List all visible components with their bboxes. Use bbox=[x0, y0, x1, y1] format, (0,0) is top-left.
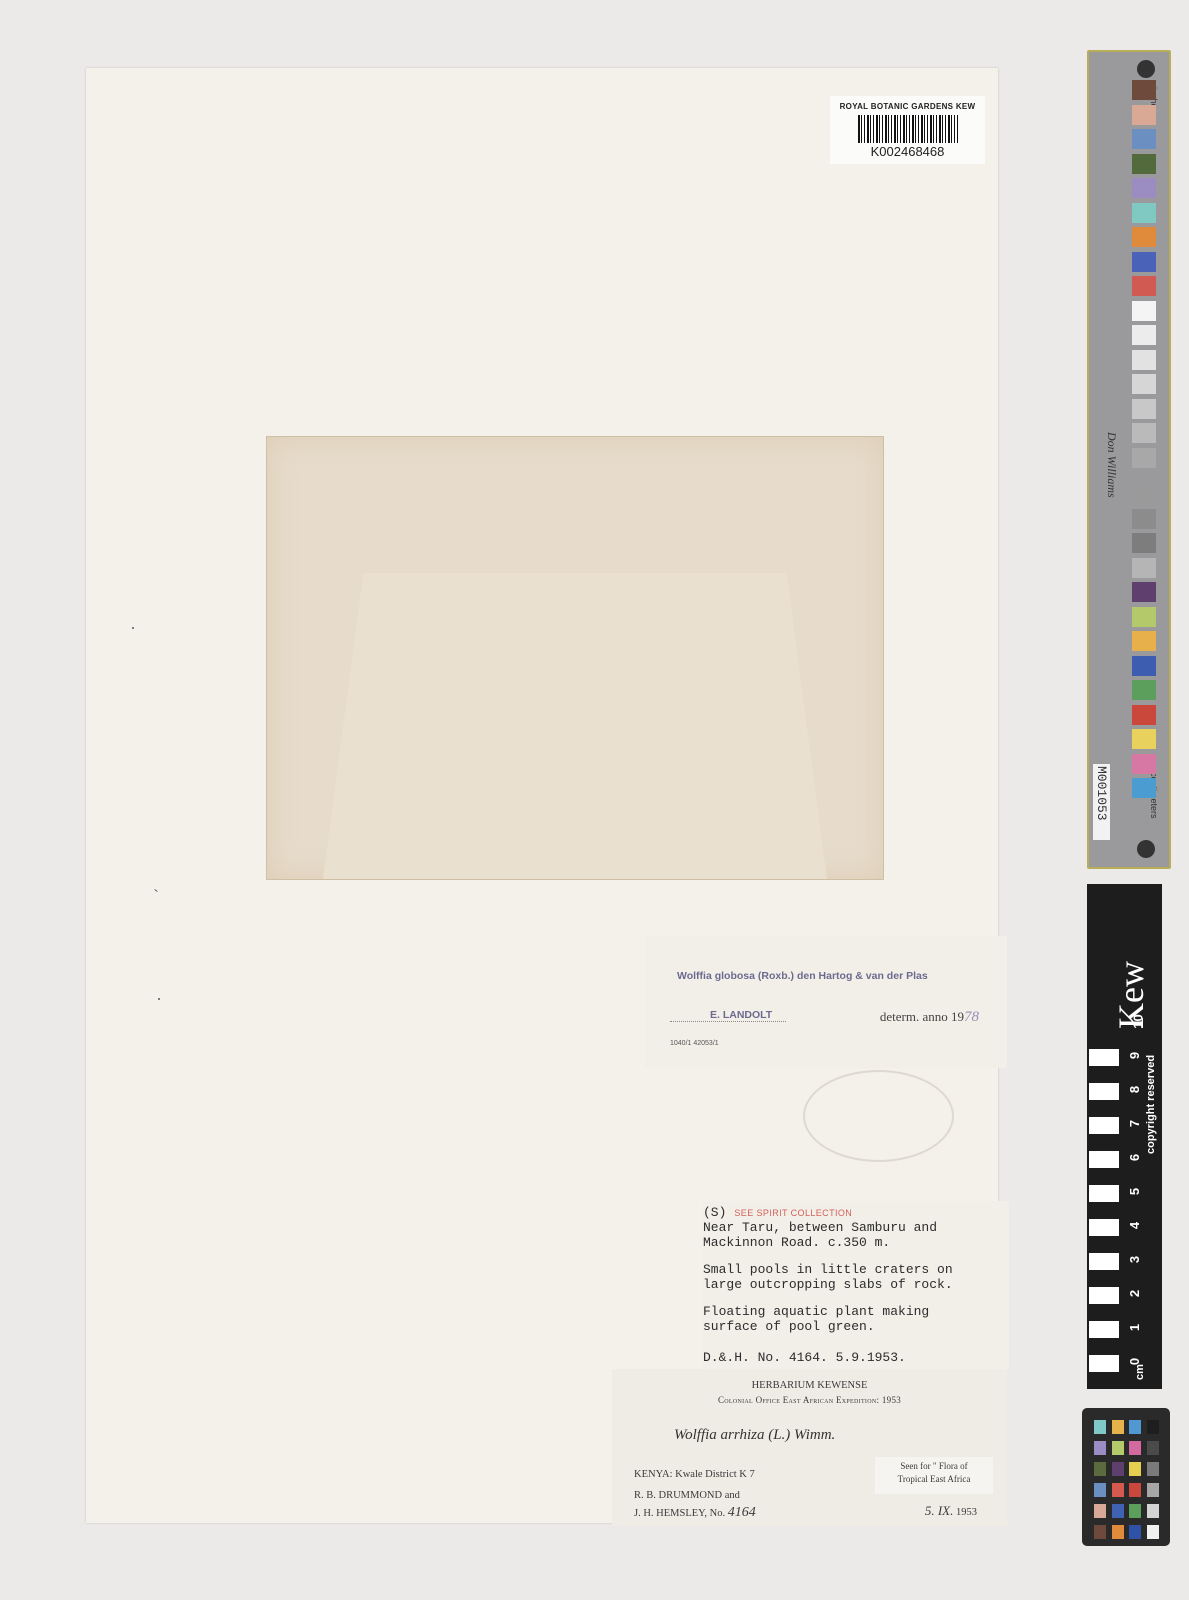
ruler-swatch bbox=[1132, 399, 1156, 419]
checker-cell bbox=[1147, 1420, 1159, 1434]
collection-number-line: D.&.H. No. 4164. 5.9.1953. bbox=[703, 1350, 906, 1365]
ruler-swatch bbox=[1132, 350, 1156, 370]
ruler-swatch bbox=[1132, 448, 1156, 468]
checker-cell bbox=[1112, 1525, 1124, 1539]
envelope-flap bbox=[323, 573, 827, 879]
collector-line-2: J. H. HEMSLEY, No. 4164 bbox=[634, 1505, 756, 1521]
date-year: 1953 bbox=[956, 1507, 977, 1518]
checker-cell bbox=[1147, 1504, 1159, 1518]
checker-cell bbox=[1094, 1504, 1106, 1518]
checker-cell bbox=[1094, 1483, 1106, 1497]
scale-tick: 3 bbox=[1127, 1256, 1142, 1263]
checker-cell bbox=[1094, 1525, 1106, 1539]
ruler-swatch bbox=[1132, 705, 1156, 725]
ruler-swatch bbox=[1132, 252, 1156, 272]
checker-cell bbox=[1112, 1441, 1124, 1455]
checker-cell bbox=[1129, 1504, 1141, 1518]
herbarium-kewense-label: HERBARIUM KEWENSE Colonial Office East A… bbox=[612, 1369, 1007, 1526]
checker-cell bbox=[1094, 1441, 1106, 1455]
checker-cell bbox=[1129, 1525, 1141, 1539]
mark bbox=[158, 998, 160, 1000]
description-line-1: Floating aquatic plant making bbox=[703, 1304, 929, 1319]
specimen-envelope bbox=[266, 436, 884, 880]
locality: KENYA: Kwale District K 7 bbox=[634, 1469, 755, 1480]
determ-year-handwritten: 78 bbox=[964, 1009, 979, 1025]
scale-tick: 2 bbox=[1127, 1290, 1142, 1297]
seen-line-1: Seen for " Flora of bbox=[875, 1460, 993, 1473]
field-label-header: (S)SEE SPIRIT COLLECTION bbox=[703, 1205, 852, 1221]
checker-cell bbox=[1129, 1420, 1141, 1434]
taxon-name: Wolffia globosa (Roxb.) den Hartog & van… bbox=[677, 970, 928, 982]
field-label: (S)SEE SPIRIT COLLECTION Near Taru, betw… bbox=[703, 1201, 1009, 1369]
ruler-swatch bbox=[1132, 105, 1156, 125]
determ-prefix: determ. anno 19 bbox=[880, 1009, 964, 1024]
ruler-swatch bbox=[1132, 607, 1156, 627]
checker-cell bbox=[1129, 1462, 1141, 1476]
copyright-text: copyright reserved bbox=[1145, 1055, 1157, 1154]
checker-cell bbox=[1094, 1462, 1106, 1476]
scale-tick: 6 bbox=[1127, 1154, 1142, 1161]
barcode-number: K002468468 bbox=[830, 144, 985, 159]
checker-cell bbox=[1147, 1462, 1159, 1476]
locality-line-2: Mackinnon Road. c.350 m. bbox=[703, 1235, 890, 1250]
collector-line-1: R. B. DRUMMOND and bbox=[634, 1490, 740, 1501]
checker-cell bbox=[1112, 1462, 1124, 1476]
ruler-swatch bbox=[1132, 203, 1156, 223]
ruler-brand: Don Williams bbox=[1104, 432, 1119, 498]
handwritten-name: Wolffia arrhiza (L.) Wimm. bbox=[674, 1427, 835, 1444]
checker-cell bbox=[1147, 1441, 1159, 1455]
ruler-swatch bbox=[1132, 680, 1156, 700]
scale-tick: 9 bbox=[1127, 1052, 1142, 1059]
checker-cell bbox=[1094, 1420, 1106, 1434]
checker-cell bbox=[1147, 1525, 1159, 1539]
ruler-swatch bbox=[1132, 178, 1156, 198]
ruler-swatch bbox=[1132, 374, 1156, 394]
checker-cell bbox=[1129, 1483, 1141, 1497]
ruler-swatch bbox=[1132, 276, 1156, 296]
ruler-swatch bbox=[1132, 423, 1156, 443]
ruler-swatch bbox=[1132, 301, 1156, 321]
scale-tick: 7 bbox=[1127, 1120, 1142, 1127]
ruler-swatch bbox=[1132, 80, 1156, 100]
ruler-swatch bbox=[1132, 533, 1156, 553]
ruler-swatch bbox=[1132, 509, 1156, 529]
ruler-swatch bbox=[1132, 656, 1156, 676]
ruler-id-text: M001053 bbox=[1094, 766, 1109, 821]
prefix: (S) bbox=[703, 1205, 726, 1220]
cm-scale bbox=[1089, 1032, 1119, 1382]
description-line-2: surface of pool green. bbox=[703, 1319, 875, 1334]
habitat-line-1: Small pools in little craters on bbox=[703, 1262, 953, 1277]
label-header: HERBARIUM KEWENSE bbox=[612, 1380, 1007, 1391]
mark bbox=[132, 627, 134, 629]
scale-tick: 4 bbox=[1127, 1222, 1142, 1229]
spirit-collection-stamp: SEE SPIRIT COLLECTION bbox=[734, 1208, 852, 1218]
ruler-swatch bbox=[1132, 154, 1156, 174]
ruler-id: M001053 bbox=[1093, 764, 1110, 840]
stamp-oval bbox=[803, 1070, 954, 1162]
ruler-swatch bbox=[1132, 754, 1156, 774]
scale-tick: 8 bbox=[1127, 1086, 1142, 1093]
seen-for-stamp: Seen for " Flora ofTropical East Africa bbox=[875, 1457, 993, 1494]
expedition: Colonial Office East African Expedition:… bbox=[612, 1395, 1007, 1405]
seen-line-2: Tropical East Africa bbox=[875, 1473, 993, 1486]
determination-label: Wolffia globosa (Roxb.) den Hartog & van… bbox=[645, 936, 1007, 1068]
checker-cell bbox=[1112, 1504, 1124, 1518]
ruler-hole-bottom bbox=[1137, 840, 1155, 858]
color-checker bbox=[1082, 1408, 1170, 1546]
scale-unit: cm bbox=[1134, 1364, 1146, 1380]
scale-tick: 0 bbox=[1127, 1358, 1142, 1365]
collector-number: 4164 bbox=[728, 1505, 756, 1520]
kew-scale-bar: Kew copyright reserved cm 012345678910 bbox=[1087, 884, 1162, 1389]
determiner: E. LANDOLT bbox=[670, 1009, 786, 1022]
ruler-swatch bbox=[1132, 778, 1156, 798]
ruler-swatch bbox=[1132, 582, 1156, 602]
ruler-swatch bbox=[1132, 325, 1156, 345]
ruler-swatch bbox=[1132, 484, 1156, 504]
checker-cell bbox=[1112, 1420, 1124, 1434]
label-ids: 1040/1 42053/1 bbox=[670, 1040, 719, 1047]
ruler-swatch bbox=[1132, 227, 1156, 247]
barcode-label: ROYAL BOTANIC GARDENS KEW K002468468 bbox=[830, 96, 985, 164]
color-ruler: inches centimeters Don Williams M001053 bbox=[1087, 50, 1171, 869]
ruler-swatch bbox=[1132, 558, 1156, 578]
collection-date: 5. IX. 1953 bbox=[925, 1503, 977, 1519]
determination-year: determ. anno 1978 bbox=[880, 1009, 979, 1026]
checker-cell bbox=[1129, 1441, 1141, 1455]
barcode bbox=[858, 115, 958, 143]
checker-cell bbox=[1112, 1483, 1124, 1497]
ruler-swatch bbox=[1132, 729, 1156, 749]
ruler-hole-top bbox=[1137, 60, 1155, 78]
scale-tick: 1 bbox=[1127, 1324, 1142, 1331]
scale-tick: 10 bbox=[1131, 1014, 1146, 1028]
ruler-swatch bbox=[1132, 631, 1156, 651]
habitat-line-2: large outcropping slabs of rock. bbox=[703, 1277, 953, 1292]
collector-name: J. H. HEMSLEY, No. bbox=[634, 1508, 725, 1519]
date-handwritten: 5. IX. bbox=[925, 1503, 954, 1518]
checker-cell bbox=[1147, 1483, 1159, 1497]
ruler-swatch bbox=[1132, 129, 1156, 149]
scale-tick: 5 bbox=[1127, 1188, 1142, 1195]
institution-name: ROYAL BOTANIC GARDENS KEW bbox=[830, 102, 985, 111]
locality-line-1: Near Taru, between Samburu and bbox=[703, 1220, 937, 1235]
